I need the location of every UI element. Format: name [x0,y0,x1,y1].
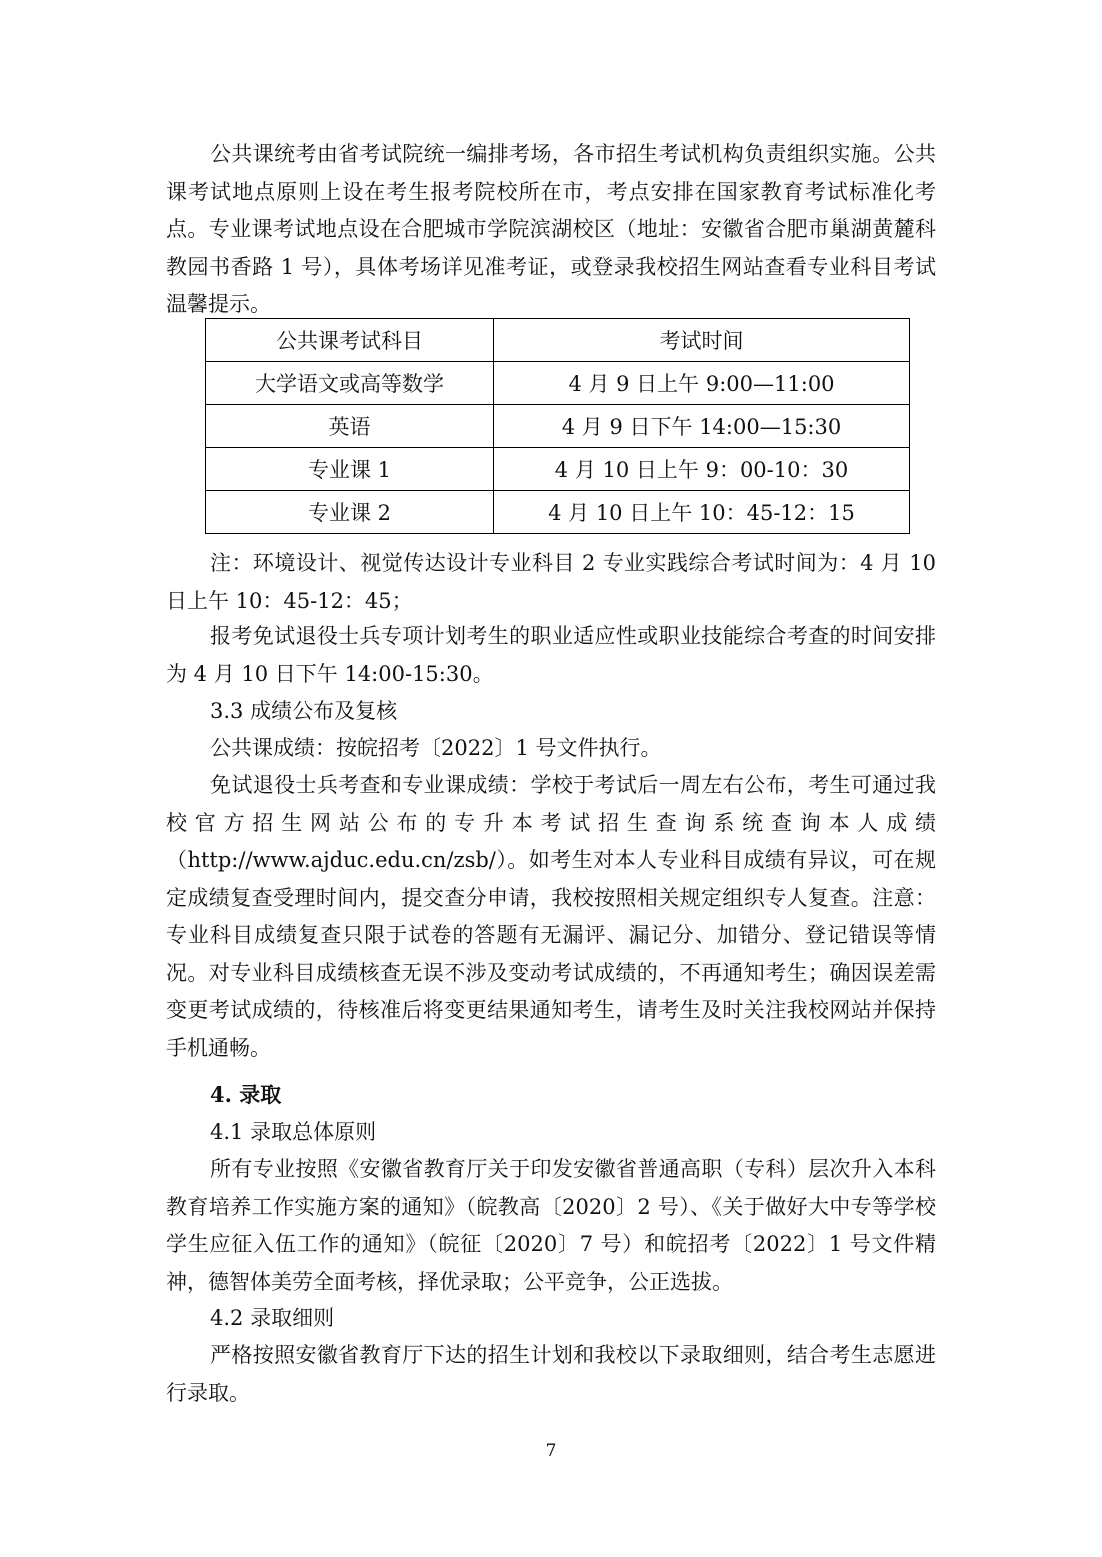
table-header-row: 公共课考试科目 考试时间 [206,319,910,362]
table-row: 大学语文或高等数学 4 月 9 日上午 9:00—11:00 [206,362,910,405]
table-cell-time: 4 月 10 日上午 10：45-12：15 [494,491,910,534]
table-cell-subject: 专业课 1 [206,448,494,491]
paragraph-major-score: 免试退役士兵考查和专业课成绩：学校于考试后一周左右公布，考生可通过我校官方招生网… [166,767,936,1067]
table-cell-time: 4 月 9 日上午 9:00—11:00 [494,362,910,405]
paragraph-public-score: 公共课成绩：按皖招考〔2022〕1 号文件执行。 [210,733,661,763]
section-heading-4-1: 4.1 录取总体原则 [210,1117,376,1147]
table-cell-subject: 英语 [206,405,494,448]
table-cell-time: 4 月 10 日上午 9：00-10：30 [494,448,910,491]
table-cell-time: 4 月 9 日下午 14:00—15:30 [494,405,910,448]
table-row: 专业课 2 4 月 10 日上午 10：45-12：15 [206,491,910,534]
page-number: 7 [0,1441,1102,1461]
document-page: 公共课统考由省考试院统一编排考场，各市招生考试机构负责组织实施。公共课考试地点原… [0,0,1102,1557]
table-header-subject: 公共课考试科目 [206,319,494,362]
section-heading-4-2: 4.2 录取细则 [210,1303,334,1333]
table-cell-subject: 大学语文或高等数学 [206,362,494,405]
paragraph-admission-principle: 所有专业按照《安徽省教育厅关于印发安徽省普通高职（专科）层次升入本科教育培养工作… [166,1151,936,1301]
table-header-time: 考试时间 [494,319,910,362]
paragraph-admission-rules: 严格按照安徽省教育厅下达的招生计划和我校以下录取细则，结合考生志愿进行录取。 [166,1337,936,1412]
table-row: 英语 4 月 9 日下午 14:00—15:30 [206,405,910,448]
table-row: 专业课 1 4 月 10 日上午 9：00-10：30 [206,448,910,491]
paragraph-exam-location: 公共课统考由省考试院统一编排考场，各市招生考试机构负责组织实施。公共课考试地点原… [166,136,936,324]
paragraph-veteran-schedule: 报考免试退役士兵专项计划考生的职业适应性或职业技能综合考查的时间安排为 4 月 … [166,618,936,693]
table-cell-subject: 专业课 2 [206,491,494,534]
paragraph-note: 注：环境设计、视觉传达设计专业科目 2 专业实践综合考试时间为：4 月 10 日… [166,545,936,620]
section-heading-3-3: 3.3 成绩公布及复核 [210,696,397,726]
section-heading-4: 4. 录取 [210,1080,281,1110]
exam-schedule-table: 公共课考试科目 考试时间 大学语文或高等数学 4 月 9 日上午 9:00—11… [205,318,910,534]
